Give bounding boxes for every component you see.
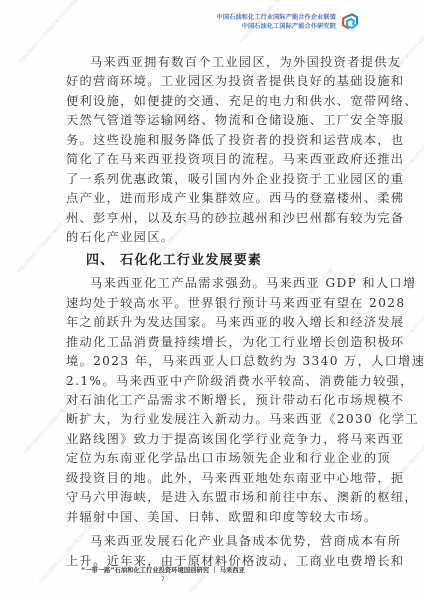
header-org-line2: 中国石油化工国际产能合作研究院 — [217, 22, 336, 31]
text-line: 州、彭亨州，以及东马的砂拉越州和沙巴州都有较为完备 — [66, 209, 362, 228]
text-line: 2.1%。马来西亚中产阶级消费水平较高、消费能力较强， — [66, 372, 362, 391]
text-line: 务。这些设施和服务降低了投资者的投资和运营成本，也 — [66, 131, 362, 150]
text-line: 断扩大，为行业发展注入新动力。马来西亚《2030 化学工 — [66, 410, 362, 429]
text-line: 守马六甲海峡，是进入东盟市场和前往中东、澳新的枢纽， — [66, 488, 362, 507]
footer-report-title: “一带一路”石油和化工行业投资环境国别研究 ｜ 马来西亚 — [66, 566, 260, 575]
text-line: 马来西亚拥有数百个工业园区，为外国投资者提供友 — [66, 53, 362, 72]
header-org-line1: 中国石油和化工行业国际产能合作企业联盟 — [217, 13, 336, 22]
text-line: 速均处于较高水平。世界银行预计马来西亚有望在 2028 — [66, 294, 362, 313]
text-line: 的石化产业园区。 — [66, 228, 362, 247]
text-line: 级投资目的地。此外，马来西亚地处东南亚中心地带，扼 — [66, 469, 362, 488]
text-line: 点产业，进而形成产业集群效应。西马的登嘉楼州、柔佛 — [66, 189, 362, 208]
text-line: 推动化工品消费量持续增长，为化工行业增长创造积极环 — [66, 333, 362, 352]
paragraph-development-factors: 马来西亚化工产品需求强劲。马来西亚 GDP 和人口增 速均处于较高水平。世界银行… — [66, 274, 362, 527]
text-line: 并辐射中国、美国、日韩、欧盟和印度等较大市场。 — [66, 508, 362, 527]
text-line: 年之前跃升为发达国家。马来西亚的收入增长和经济发展 — [66, 313, 362, 332]
text-line: 业路线图》致力于提高该国化学行业竞争力，将马来西亚 — [66, 430, 362, 449]
text-line: 境。2023 年，马来西亚人口总数约为 3340 万，人口增速 — [66, 352, 362, 371]
page-footer: “一带一路”石油和化工行业投资环境国别研究 ｜ 马来西亚 7 — [66, 566, 260, 584]
page-content: 马来西亚拥有数百个工业园区，为外国投资者提供友 好的营商环境。工业园区为投资者提… — [66, 53, 362, 571]
text-line: 好的营商环境。工业园区为投资者提供良好的基础设施和 — [66, 72, 362, 91]
text-line: 简化了在马来西亚投资项目的流程。马来西亚政府还推出 — [66, 150, 362, 169]
page-header: 中国石油和化工行业国际产能合作企业联盟 中国石油化工国际产能合作研究院 — [217, 13, 336, 31]
text-line: 对石油化工产品需求不断增长，预计带动石化市场规模不 — [66, 391, 362, 410]
text-line: 了一系列优惠政策，吸引国内外企业投资于工业园区的重 — [66, 170, 362, 189]
document-page: 中国石油和化工行业国际产能合作企业联盟 中国石油和化工行业国际产能合作企业联盟 … — [0, 0, 424, 600]
interlocking-rings-logo-icon — [339, 13, 361, 31]
section-heading: 四、 石化化工行业发展要素 — [66, 251, 362, 270]
paragraph-industrial-parks: 马来西亚拥有数百个工业园区，为外国投资者提供友 好的营商环境。工业园区为投资者提… — [66, 53, 362, 247]
text-line: 便利设施，如便捷的交通、充足的电力和供水、宽带网络、 — [66, 92, 362, 111]
text-line: 马来西亚发展石化产业具备成本优势，营商成本有所 — [66, 532, 362, 551]
text-line: 定位为东南亚化学品出口市场领先企业和行业企业的顶 — [66, 449, 362, 468]
text-line: 马来西亚化工产品需求强劲。马来西亚 GDP 和人口增 — [66, 274, 362, 293]
page-number: 7 — [66, 575, 260, 584]
text-line: 天然气管道等运输网络、物流和仓储设施、工厂安全等服 — [66, 111, 362, 130]
